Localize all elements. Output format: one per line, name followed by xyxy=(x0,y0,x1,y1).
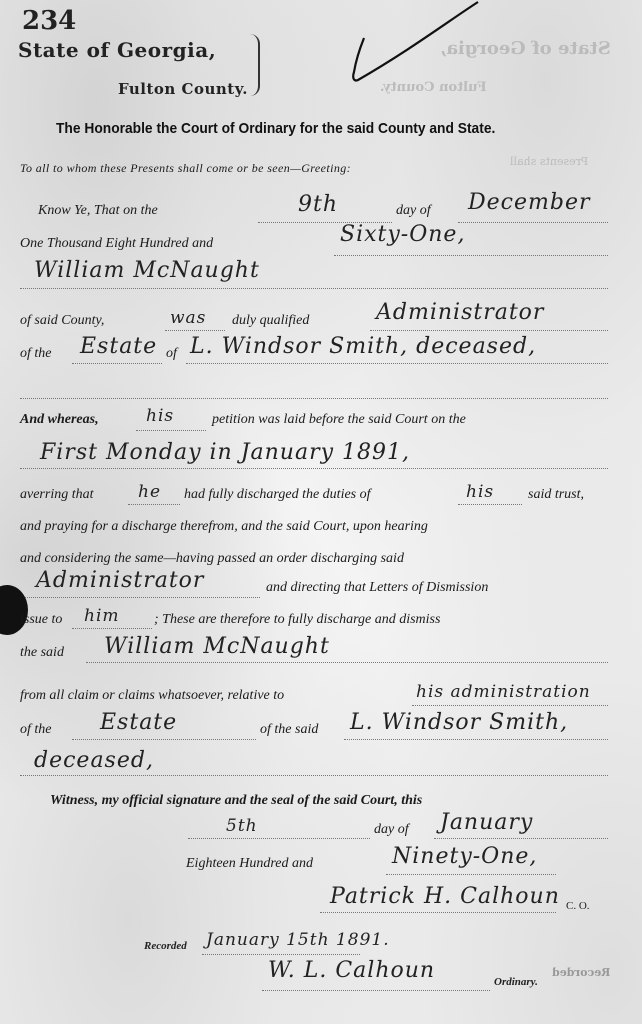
dismissed-person: William McNaught xyxy=(104,634,330,659)
the-said-text: the said xyxy=(20,645,64,661)
and-whereas-text: And whereas, xyxy=(20,412,99,428)
witness-day: 5th xyxy=(226,816,258,836)
ordinary-signature: W. L. Calhoun xyxy=(268,958,435,983)
estate-label: Estate xyxy=(80,334,157,359)
petition-role: Administrator xyxy=(36,568,204,593)
deceased-text: deceased, xyxy=(34,748,154,773)
of-said-county-text: of said County, xyxy=(20,313,104,329)
recorded-date: January 15th 1891. xyxy=(206,930,390,950)
bleed-through-recorded: Recorded xyxy=(552,966,610,979)
deceased-name-2: L. Windsor Smith, xyxy=(350,710,568,735)
administrator-name: William McNaught xyxy=(34,258,260,283)
page-number: 234 xyxy=(22,6,76,36)
greeting: To all to whom these Presents shall come… xyxy=(20,161,351,176)
day-of-text: day of xyxy=(396,203,431,219)
court-title: The Honorable the Court of Ordinary for … xyxy=(56,120,495,137)
witness-month: January xyxy=(440,810,533,835)
of-text: of xyxy=(166,346,177,362)
bleed-through-state: State of Georgia, xyxy=(440,38,611,59)
considering-text: and considering the same—having passed a… xyxy=(20,551,404,567)
bleed-through-county: Fulton County. xyxy=(380,80,487,95)
directing-text: and directing that Letters of Dismission xyxy=(266,580,488,596)
qualification-role: Administrator xyxy=(376,300,544,325)
bleed-through-presents: Presents shall xyxy=(510,155,588,168)
witness-year: Ninety-One, xyxy=(392,844,537,869)
from-all-text: from all claim or claims whatsoever, rel… xyxy=(20,688,284,704)
of-the-text: of the xyxy=(20,346,52,362)
administration-text: his administration xyxy=(416,682,591,702)
praying-text: and praying for a discharge therefrom, a… xyxy=(20,519,428,535)
estate-label-2: Estate xyxy=(100,710,177,735)
averring-text-c: said trust, xyxy=(528,487,584,503)
know-ye-text: Know Ye, That on the xyxy=(38,203,158,219)
averring-pronoun: he xyxy=(138,482,161,502)
averring-text-b: had fully discharged the duties of xyxy=(184,487,371,503)
these-are-text: ; These are therefore to fully discharge… xyxy=(154,612,440,628)
deceased-name: L. Windsor Smith, deceased, xyxy=(190,334,536,359)
issue-pronoun: him xyxy=(84,606,120,626)
recorded-label: Recorded xyxy=(144,940,187,952)
petition-text: petition was laid before the said Court … xyxy=(212,412,466,428)
witness-text: Witness, my official signature and the s… xyxy=(50,793,422,809)
qualification-year: Sixty-One, xyxy=(340,222,465,247)
qualification-day: 9th xyxy=(298,192,338,217)
clerk-title: C. O. xyxy=(566,900,590,912)
witness-year-prefix: Eighteen Hundred and xyxy=(186,856,313,872)
year-prefix-text: One Thousand Eight Hundred and xyxy=(20,236,213,252)
issue-to-text: issue to xyxy=(20,612,62,628)
petition-pronoun: his xyxy=(146,406,174,426)
duly-qualified-text: duly qualified xyxy=(232,313,309,329)
qualification-month: December xyxy=(468,190,590,215)
state-heading: State of Georgia, xyxy=(18,38,216,62)
county-heading: Fulton County. xyxy=(118,80,248,98)
brace-decoration xyxy=(248,34,260,96)
clerk-signature: Patrick H. Calhoun xyxy=(330,884,560,909)
ordinary-title: Ordinary. xyxy=(494,976,538,988)
of-the-text-2: of the xyxy=(20,722,52,738)
document-page: 234 State of Georgia, Fulton County. Sta… xyxy=(0,0,642,1024)
petition-date: First Monday in January 1891, xyxy=(40,440,410,465)
averring-text-a: averring that xyxy=(20,487,94,503)
of-the-said-text: of the said xyxy=(260,722,318,738)
averring-pronoun-2: his xyxy=(466,482,494,502)
witness-day-of: day of xyxy=(374,822,409,838)
was-text: was xyxy=(170,308,206,328)
